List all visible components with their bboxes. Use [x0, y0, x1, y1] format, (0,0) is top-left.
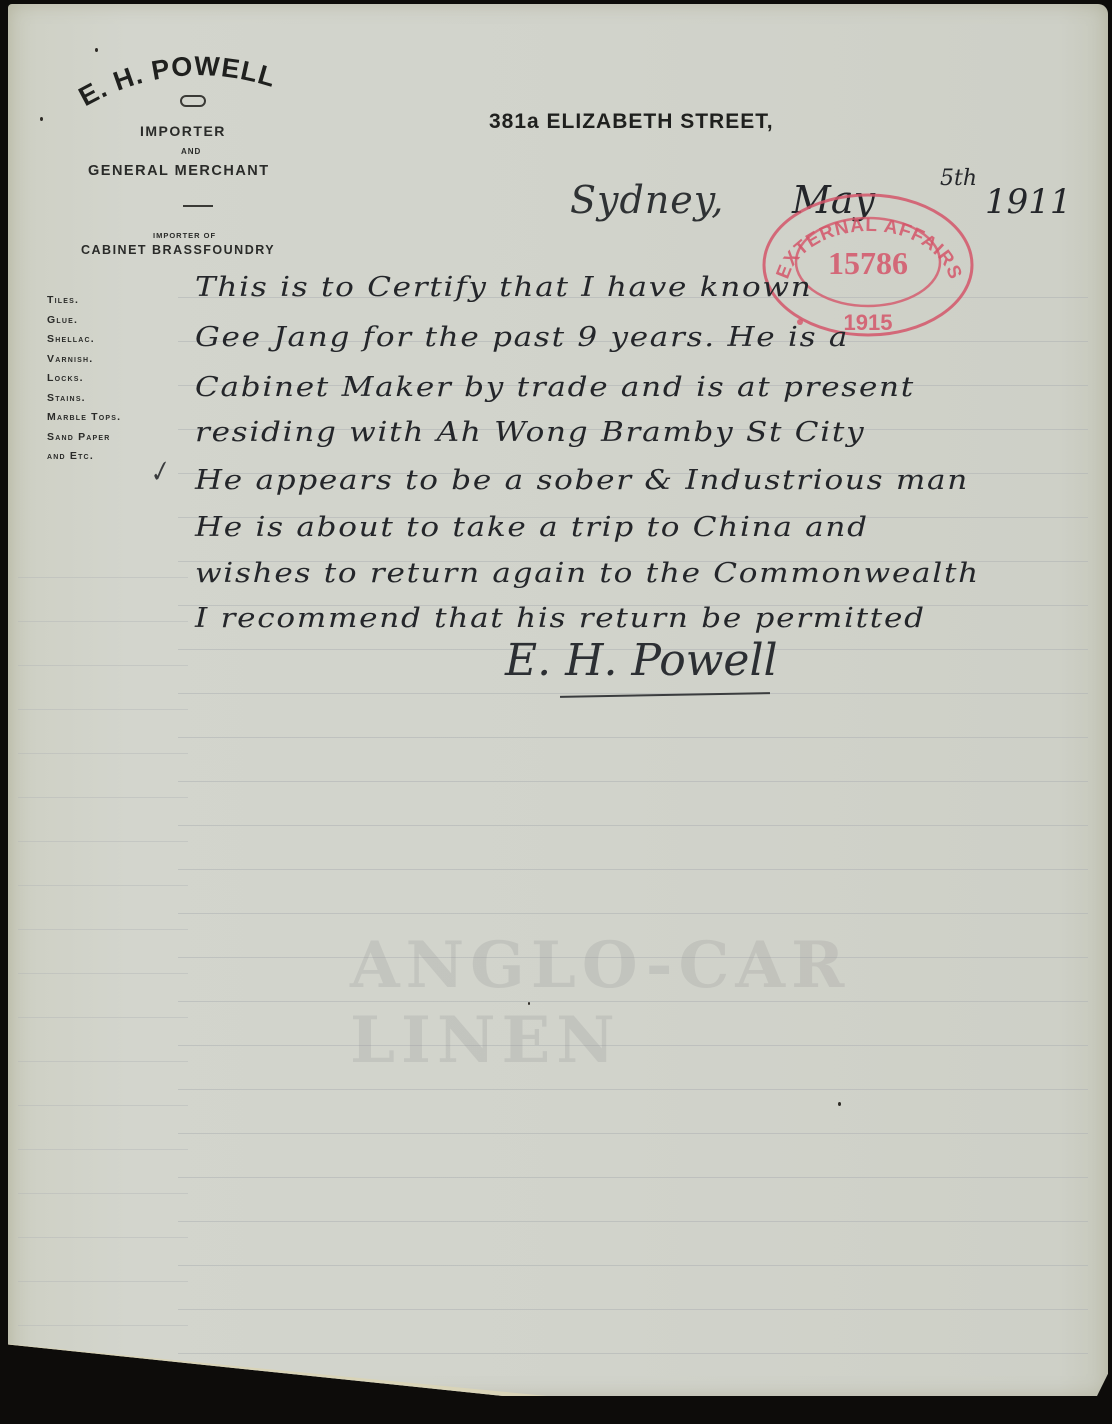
chain-link-ornament-icon: [180, 95, 206, 107]
svg-text:E. H. POWELL: E. H. POWELL: [74, 51, 280, 112]
goods-item: Marble Tops.: [47, 408, 121, 428]
letterhead-importer: IMPORTER: [140, 123, 226, 139]
body-line: He is about to take a trip to China and: [195, 512, 869, 543]
goods-item: Stains.: [47, 389, 121, 409]
paper-watermark: ANGLO-CAR LINEN: [350, 928, 1112, 1078]
letterhead-importer-of: IMPORTER OF: [153, 231, 216, 240]
body-line: Gee Jang for the past 9 years. He is a: [195, 322, 849, 353]
goods-list: Tiles. Glue. Shellac. Varnish. Locks. St…: [47, 291, 121, 467]
goods-item: Glue.: [47, 311, 121, 331]
body-line: wishes to return again to the Commonweal…: [195, 558, 980, 589]
goods-item: Tiles.: [47, 291, 121, 311]
goods-item: Shellac.: [47, 330, 121, 350]
letterhead-general-merchant: GENERAL MERCHANT: [88, 163, 270, 179]
dateline-year: 1911: [985, 182, 1072, 222]
body-line: He appears to be a sober & Industrious m…: [195, 465, 969, 496]
letterhead-and: AND: [181, 147, 201, 156]
body-line: residing with Ah Wong Bramby St City: [195, 417, 865, 448]
letterhead-specialty: CABINET BRASSFOUNDRY: [81, 243, 275, 257]
paper-speck: [528, 1002, 530, 1005]
ruled-lines-left: [18, 534, 188, 1356]
letterhead-divider: [183, 205, 213, 207]
goods-item: Varnish.: [47, 350, 121, 370]
body-line: I recommend that his return be permitted: [195, 603, 926, 634]
body-line: This is to Certify that I have known: [195, 272, 812, 303]
paper-speck: [40, 117, 43, 121]
dateline-day: 5th: [940, 166, 977, 191]
company-name-text: E. H. POWELL: [74, 51, 280, 112]
dateline-place: Sydney,: [570, 178, 724, 222]
body-line: Cabinet Maker by trade and is at present: [195, 372, 915, 403]
goods-item: Locks.: [47, 369, 121, 389]
letterhead-address: 381a ELIZABETH STREET,: [489, 110, 774, 134]
stamp-year: 1915: [844, 310, 893, 335]
stamp-number: 15786: [828, 245, 908, 281]
paper-speck: [95, 48, 98, 52]
paper-speck: [838, 1102, 841, 1106]
signature: E. H. Powell: [505, 635, 778, 686]
oval-rubber-stamp-icon: EXTERNAL AFFAIRS 15786 1915: [760, 190, 975, 340]
goods-item: and Etc.: [47, 447, 121, 467]
goods-item: Sand Paper: [47, 428, 121, 448]
